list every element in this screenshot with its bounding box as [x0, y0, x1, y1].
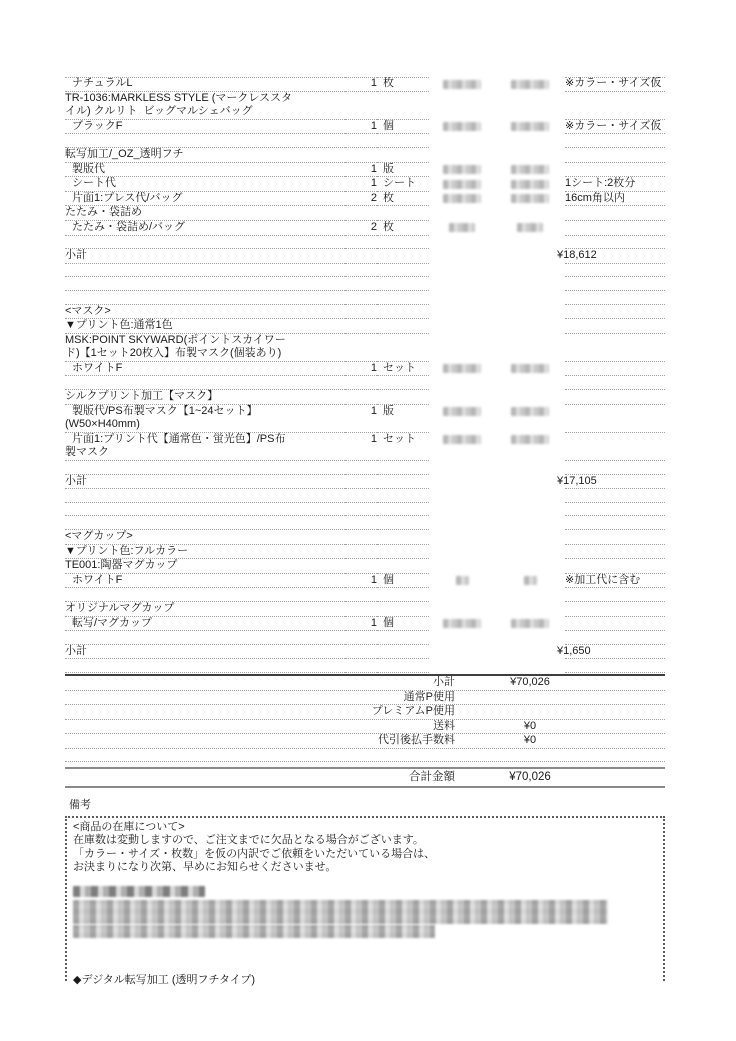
- redacted-price: [511, 194, 549, 203]
- item-name: ▼プリント色:通常1色: [65, 319, 345, 334]
- unit-price-cell: [429, 376, 495, 390]
- totals-label: プレミアムP使用: [65, 705, 455, 719]
- note-cell: [565, 602, 665, 617]
- text-row: MSK:POINT SKYWARD(ポイントスカイワー ド)【1セット20枚入】…: [65, 334, 665, 362]
- text-row: TR-1036:MARKLESS STYLE (マークレススタ イル) クルリト…: [65, 92, 665, 120]
- item-name: [65, 134, 345, 148]
- quantity-unit: [377, 277, 429, 291]
- quantity-value: [345, 461, 377, 475]
- redacted-text-block: [73, 886, 205, 897]
- amount-cell: [495, 291, 565, 305]
- amount-cell: [495, 617, 565, 632]
- totals-value: [455, 691, 605, 705]
- table-row: 片面1:プレス代/バッグ2枚16cm角以内: [65, 192, 665, 207]
- quantity-value: [345, 503, 377, 517]
- note-cell: [565, 221, 665, 236]
- quantity-unit: 版: [377, 163, 429, 178]
- unit-price-cell: [429, 177, 495, 192]
- spacer-row: [65, 291, 665, 305]
- table-row: ホワイトF1セット: [65, 362, 665, 377]
- remarks-title: 備考: [65, 799, 665, 813]
- note-cell: 16cm角以内: [565, 192, 665, 207]
- unit-price-cell: [429, 530, 495, 545]
- note-cell: [565, 362, 665, 377]
- item-name: ナチュラルL: [65, 77, 345, 92]
- quantity-value: [345, 236, 377, 250]
- totals-value: ¥70,026: [455, 676, 605, 690]
- note-cell: [565, 291, 665, 305]
- amount-cell: [495, 376, 565, 390]
- subtotal-value: ¥1,650: [557, 645, 591, 659]
- amount-cell: [495, 574, 565, 589]
- quantity-value: 1: [345, 77, 377, 92]
- quantity-value: [345, 334, 377, 362]
- quantity-value: [345, 530, 377, 545]
- redacted-price: [449, 223, 475, 232]
- item-name: 製版代: [65, 163, 345, 178]
- unit-price-cell: [429, 503, 495, 517]
- redacted-price: [443, 165, 481, 174]
- item-name: 片面1:プレス代/バッグ: [65, 192, 345, 207]
- quantity-value: 1: [345, 574, 377, 589]
- unit-price-cell: [429, 291, 495, 305]
- totals-spacer-row: [65, 749, 665, 762]
- unit-price-cell: [429, 559, 495, 574]
- quantity-value: [345, 148, 377, 163]
- redacted-price: [443, 435, 481, 444]
- item-name: ▼プリント色:フルカラー: [65, 545, 345, 560]
- item-name: 転写/マグカップ: [65, 617, 345, 632]
- amount-cell: [495, 192, 565, 207]
- item-name: オリジナルマグカップ: [65, 602, 345, 617]
- spacer-row: [65, 277, 665, 291]
- unit-price-cell: [429, 148, 495, 163]
- quantity-unit: セット: [377, 362, 429, 377]
- amount-cell: [495, 221, 565, 236]
- amount-cell: [495, 475, 565, 490]
- table-row: ナチュラルL1枚※カラー・サイズ仮: [65, 77, 665, 92]
- amount-cell: [495, 92, 565, 120]
- note-cell: [565, 545, 665, 560]
- note-cell: [565, 334, 665, 362]
- quantity-value: [345, 249, 377, 264]
- note-cell: [565, 264, 665, 278]
- unit-price-cell: [429, 264, 495, 278]
- quantity-value: [345, 390, 377, 405]
- note-cell: [565, 92, 665, 120]
- totals-section: 小計¥70,026通常P使用プレミアムP使用送料¥0代引後払手数料¥0 合計金額…: [65, 674, 665, 788]
- unit-price-cell: [429, 405, 495, 433]
- item-name: TE001:陶器マグカップ: [65, 559, 345, 574]
- item-name: [65, 277, 345, 291]
- item-name: 片面1:プリント代【通常色・蛍光色】/PS布 製マスク: [65, 433, 345, 461]
- quantity-unit: [377, 206, 429, 221]
- quantity-value: [345, 588, 377, 602]
- amount-cell: [495, 461, 565, 475]
- unit-price-cell: [429, 489, 495, 503]
- spacer-row: [65, 588, 665, 602]
- quantity-unit: 個: [377, 120, 429, 135]
- note-cell: [565, 461, 665, 475]
- item-name: ブラックF: [65, 120, 345, 135]
- quantity-value: 1: [345, 120, 377, 135]
- item-name: [65, 631, 345, 645]
- amount-cell: [495, 249, 565, 264]
- item-name: [65, 588, 345, 602]
- unit-price-cell: [429, 433, 495, 461]
- item-name: [65, 461, 345, 475]
- note-cell: ¥17,105: [565, 475, 665, 490]
- item-name: <マグカップ>: [65, 530, 345, 545]
- note-cell: [565, 405, 665, 433]
- unit-price-cell: [429, 334, 495, 362]
- unit-price-cell: [429, 631, 495, 645]
- redacted-price: [443, 194, 481, 203]
- text-row: ▼プリント色:通常1色: [65, 319, 665, 334]
- totals-label: 送料: [65, 720, 455, 734]
- quantity-value: [345, 475, 377, 490]
- amount-cell: [495, 236, 565, 250]
- unit-price-cell: [429, 659, 495, 673]
- quantity-unit: [377, 264, 429, 278]
- quantity-value: [345, 319, 377, 334]
- note-cell: [565, 516, 665, 530]
- table-row: シート代1シート1シート:2枚分: [65, 177, 665, 192]
- quantity-unit: [377, 249, 429, 264]
- spacer-row: [65, 659, 665, 673]
- table-row: たたみ・袋詰め/バッグ2枚: [65, 221, 665, 236]
- remarks-section: 備考 <商品の在庫について> 在庫数は変動しますので、ご注文までに欠品となる場合…: [65, 799, 665, 981]
- redacted-price: [443, 80, 481, 89]
- note-cell: [565, 617, 665, 632]
- subtotal-row: 小計¥1,650: [65, 645, 665, 660]
- quantity-value: 2: [345, 192, 377, 207]
- quantity-unit: 枚: [377, 192, 429, 207]
- quantity-value: [345, 277, 377, 291]
- note-cell: [565, 503, 665, 517]
- redacted-price: [443, 364, 481, 373]
- quantity-value: 1: [345, 617, 377, 632]
- quantity-unit: 枚: [377, 221, 429, 236]
- item-name: [65, 503, 345, 517]
- spacer-row: [65, 461, 665, 475]
- totals-row: 送料¥0: [65, 720, 665, 735]
- unit-price-cell: [429, 206, 495, 221]
- amount-cell: [495, 305, 565, 320]
- amount-cell: [495, 559, 565, 574]
- item-name: 転写加工/_OZ_透明フチ: [65, 148, 345, 163]
- unit-price-cell: [429, 92, 495, 120]
- subtotal-row: 小計¥18,612: [65, 249, 665, 264]
- remarks-line: 「カラー・サイズ・枚数」を仮の内訳でご依頼をいただいている場合は、: [73, 848, 657, 862]
- quantity-unit: シート: [377, 177, 429, 192]
- note-cell: [565, 163, 665, 178]
- item-name: 小計: [65, 249, 345, 264]
- subtotal-value: ¥17,105: [557, 475, 597, 489]
- amount-cell: [495, 405, 565, 433]
- item-name: 小計: [65, 645, 345, 660]
- spacer-row: [65, 236, 665, 250]
- text-row: 転写加工/_OZ_透明フチ: [65, 148, 665, 163]
- table-row: 製版代1版: [65, 163, 665, 178]
- note-cell: [565, 134, 665, 148]
- quantity-unit: [377, 291, 429, 305]
- amount-cell: [495, 362, 565, 377]
- totals-label: 代引後払手数料: [65, 734, 455, 748]
- unit-price-cell: [429, 236, 495, 250]
- quantity-unit: [377, 319, 429, 334]
- text-row: TE001:陶器マグカップ: [65, 559, 665, 574]
- note-cell: [565, 148, 665, 163]
- unit-price-cell: [429, 390, 495, 405]
- note-cell: ¥18,612: [565, 249, 665, 264]
- quantity-unit: [377, 516, 429, 530]
- unit-price-cell: [429, 588, 495, 602]
- redacted-price: [443, 180, 481, 189]
- redacted-price: [511, 364, 549, 373]
- unit-price-cell: [429, 277, 495, 291]
- quantity-unit: [377, 461, 429, 475]
- quantity-unit: [377, 530, 429, 545]
- quantity-unit: [377, 503, 429, 517]
- totals-rows: 小計¥70,026通常P使用プレミアムP使用送料¥0代引後払手数料¥0: [65, 676, 665, 749]
- text-row: ▼プリント色:フルカラー: [65, 545, 665, 560]
- totals-row: 小計¥70,026: [65, 676, 665, 691]
- totals-label: 通常P使用: [65, 691, 455, 705]
- grand-total-label: 合計金額: [65, 771, 455, 785]
- amount-cell: [495, 602, 565, 617]
- quantity-value: 1: [345, 433, 377, 461]
- quantity-unit: 個: [377, 617, 429, 632]
- amount-cell: [495, 631, 565, 645]
- document-content: ナチュラルL1枚※カラー・サイズ仮TR-1036:MARKLESS STYLE …: [65, 77, 665, 981]
- spacer-row: [65, 134, 665, 148]
- unit-price-cell: [429, 617, 495, 632]
- amount-cell: [495, 659, 565, 673]
- totals-value: ¥0: [455, 734, 605, 748]
- remarks-line: <商品の在庫について>: [73, 821, 657, 835]
- unit-price-cell: [429, 120, 495, 135]
- quantity-value: [345, 545, 377, 560]
- redacted-price: [511, 619, 549, 628]
- item-name: <マスク>: [65, 305, 345, 320]
- note-cell: [565, 390, 665, 405]
- quantity-unit: [377, 92, 429, 120]
- amount-cell: [495, 390, 565, 405]
- note-cell: [565, 433, 665, 461]
- quantity-unit: [377, 305, 429, 320]
- note-cell: ※加工代に含む: [565, 574, 665, 589]
- quantity-unit: [377, 134, 429, 148]
- quantity-value: 1: [345, 405, 377, 433]
- totals-value: [455, 705, 605, 719]
- amount-cell: [495, 545, 565, 560]
- note-cell: [565, 236, 665, 250]
- quantity-value: [345, 134, 377, 148]
- totals-label: 小計: [65, 676, 455, 690]
- quantity-value: [345, 92, 377, 120]
- note-cell: [565, 631, 665, 645]
- item-name: 小計: [65, 475, 345, 490]
- amount-cell: [495, 503, 565, 517]
- quantity-value: [345, 206, 377, 221]
- quantity-unit: [377, 559, 429, 574]
- amount-cell: [495, 334, 565, 362]
- amount-cell: [495, 489, 565, 503]
- unit-price-cell: [429, 461, 495, 475]
- note-cell: [565, 305, 665, 320]
- unit-price-cell: [429, 305, 495, 320]
- quantity-value: [345, 489, 377, 503]
- quantity-value: [345, 376, 377, 390]
- remarks-line: 在庫数は変動しますので、ご注文までに欠品となる場合がございます。: [73, 834, 657, 848]
- note-cell: [565, 659, 665, 673]
- totals-row: 代引後払手数料¥0: [65, 734, 665, 749]
- quantity-value: [345, 516, 377, 530]
- spacer-row: [65, 503, 665, 517]
- quantity-unit: [377, 148, 429, 163]
- item-name: TR-1036:MARKLESS STYLE (マークレススタ イル) クルリト…: [65, 92, 345, 120]
- unit-price-cell: [429, 362, 495, 377]
- amount-cell: [495, 588, 565, 602]
- amount-cell: [495, 77, 565, 92]
- unit-price-cell: [429, 192, 495, 207]
- amount-cell: [495, 264, 565, 278]
- note-cell: [565, 559, 665, 574]
- unit-price-cell: [429, 134, 495, 148]
- quantity-value: 1: [345, 177, 377, 192]
- item-name: [65, 659, 345, 673]
- totals-row: 通常P使用: [65, 691, 665, 706]
- unit-price-cell: [429, 163, 495, 178]
- spacer-row: [65, 631, 665, 645]
- unit-price-cell: [429, 77, 495, 92]
- table-row: 転写/マグカップ1個: [65, 617, 665, 632]
- item-name: たたみ・袋詰め: [65, 206, 345, 221]
- note-cell: ¥1,650: [565, 645, 665, 660]
- amount-cell: [495, 319, 565, 334]
- quantity-value: [345, 645, 377, 660]
- table-row: 片面1:プリント代【通常色・蛍光色】/PS布 製マスク1セット: [65, 433, 665, 461]
- spacer-row: [65, 516, 665, 530]
- redacted-price: [443, 619, 481, 628]
- table-row: ホワイトF1個※加工代に含む: [65, 574, 665, 589]
- quantity-unit: セット: [377, 433, 429, 461]
- amount-cell: [495, 530, 565, 545]
- redacted-price: [524, 576, 537, 585]
- totals-value: ¥0: [455, 720, 605, 734]
- unit-price-cell: [429, 545, 495, 560]
- quantity-value: [345, 659, 377, 673]
- quantity-unit: [377, 236, 429, 250]
- quote-document: ナチュラルL1枚※カラー・サイズ仮TR-1036:MARKLESS STYLE …: [0, 0, 736, 1041]
- quantity-unit: 個: [377, 574, 429, 589]
- quantity-value: [345, 264, 377, 278]
- table-row: ブラックF1個※カラー・サイズ仮: [65, 120, 665, 135]
- text-row: たたみ・袋詰め: [65, 206, 665, 221]
- quantity-unit: [377, 390, 429, 405]
- quantity-unit: [377, 475, 429, 490]
- quantity-unit: [377, 645, 429, 660]
- quantity-value: 1: [345, 163, 377, 178]
- note-cell: ※カラー・サイズ仮: [565, 77, 665, 92]
- text-row: <マグカップ>: [65, 530, 665, 545]
- redacted-text-block: [73, 900, 608, 924]
- amount-cell: [495, 148, 565, 163]
- note-cell: 1シート:2枚分: [565, 177, 665, 192]
- redacted-price: [511, 122, 549, 131]
- unit-price-cell: [429, 645, 495, 660]
- redacted-price: [511, 435, 549, 444]
- item-name: ホワイトF: [65, 574, 345, 589]
- remarks-footer: ◆デジタル転写加工 (透明フチタイプ): [73, 974, 657, 988]
- item-name: シート代: [65, 177, 345, 192]
- redacted-price: [456, 576, 469, 585]
- redacted-price: [517, 223, 543, 232]
- note-cell: [565, 489, 665, 503]
- spacer-row: [65, 489, 665, 503]
- text-row: オリジナルマグカップ: [65, 602, 665, 617]
- quantity-value: [345, 291, 377, 305]
- unit-price-cell: [429, 602, 495, 617]
- amount-cell: [495, 163, 565, 178]
- text-row: シルクプリント加工【マスク】: [65, 390, 665, 405]
- amount-cell: [495, 516, 565, 530]
- remarks-line: お決まりになり次第、早めにお知らせくださいませ。: [73, 861, 657, 875]
- unit-price-cell: [429, 574, 495, 589]
- redacted-price: [443, 122, 481, 131]
- unit-price-cell: [429, 249, 495, 264]
- amount-cell: [495, 177, 565, 192]
- spacer-row: [65, 264, 665, 278]
- text-row: <マスク>: [65, 305, 665, 320]
- grand-total-value: ¥70,026: [455, 771, 605, 785]
- quantity-unit: 枚: [377, 77, 429, 92]
- item-name: [65, 376, 345, 390]
- redacted-price: [511, 407, 549, 416]
- totals-row: プレミアムP使用: [65, 705, 665, 720]
- table-row: 製版代/PS布製マスク【1~24セット】 (W50×H40mm)1版: [65, 405, 665, 433]
- note-cell: ※カラー・サイズ仮: [565, 120, 665, 135]
- item-name: ホワイトF: [65, 362, 345, 377]
- redacted-price: [511, 80, 549, 89]
- note-cell: [565, 530, 665, 545]
- remarks-box: <商品の在庫について> 在庫数は変動しますので、ご注文までに欠品となる場合がござ…: [65, 816, 665, 981]
- amount-cell: [495, 433, 565, 461]
- subtotal-value: ¥18,612: [557, 249, 597, 263]
- quantity-unit: [377, 631, 429, 645]
- unit-price-cell: [429, 319, 495, 334]
- quantity-unit: 版: [377, 405, 429, 433]
- quantity-value: [345, 631, 377, 645]
- line-items-table: ナチュラルL1枚※カラー・サイズ仮TR-1036:MARKLESS STYLE …: [65, 77, 665, 673]
- note-cell: [565, 277, 665, 291]
- item-name: [65, 489, 345, 503]
- redacted-price: [443, 407, 481, 416]
- redacted-price: [511, 180, 549, 189]
- note-cell: [565, 319, 665, 334]
- note-cell: [565, 206, 665, 221]
- amount-cell: [495, 645, 565, 660]
- quantity-value: 2: [345, 221, 377, 236]
- item-name: シルクプリント加工【マスク】: [65, 390, 345, 405]
- redacted-price: [511, 165, 549, 174]
- redacted-text-block: [73, 925, 435, 938]
- unit-price-cell: [429, 516, 495, 530]
- amount-cell: [495, 206, 565, 221]
- quantity-value: [345, 559, 377, 574]
- quantity-unit: [377, 659, 429, 673]
